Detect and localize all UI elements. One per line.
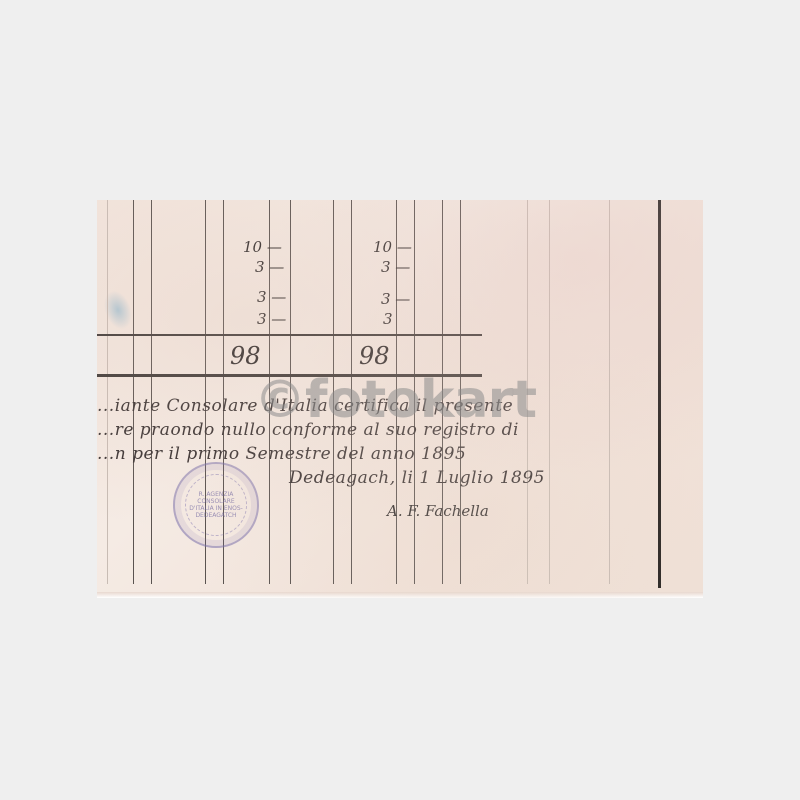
total-c2: 98 [359, 342, 390, 370]
ruling-line [549, 200, 550, 584]
ruling-line [527, 200, 528, 584]
entry-c1-r2: 3 — [255, 258, 284, 276]
entry-c1-r1: 10 — [243, 238, 282, 256]
stamp-text: R. AGENZIA CONSOLARE D'ITALIA IN ENOS-DE… [185, 474, 247, 536]
ruling-line [609, 200, 610, 584]
certification-line-1: ...iante Consolare d'Italia certifica il… [97, 396, 513, 416]
certification-line-3: ...n per il primo Semestre del anno 1895 [97, 444, 466, 464]
ruling-line [133, 200, 134, 584]
border-line [658, 200, 661, 588]
ink-stain [99, 287, 137, 333]
ruling-line [351, 200, 352, 584]
ruling-line [460, 200, 461, 584]
entry-c2-r4: 3 [383, 310, 393, 328]
paper-edge [97, 592, 703, 598]
total-rule [97, 374, 482, 377]
entry-c2-r2: 3 — [381, 258, 410, 276]
total-c1: 98 [230, 342, 261, 370]
subtotal-rule [97, 334, 482, 336]
consular-stamp: R. AGENZIA CONSOLARE D'ITALIA IN ENOS-DE… [173, 462, 259, 548]
document-sheet: 10 — 3 — 3 — 3 — 98 10 — 3 — 3 — 3 98 ..… [97, 200, 703, 598]
place-date: Dedeagach, li 1 Luglio 1895 [289, 468, 545, 488]
ruling-line [414, 200, 415, 584]
certification-line-2: ...re praondo nullo conforme al suo regi… [97, 420, 519, 440]
ruling-line [442, 200, 443, 584]
signature: A. F. Fachella [387, 502, 489, 520]
entry-c2-r3: 3 — [381, 290, 410, 308]
ruling-line [107, 200, 108, 584]
ruling-line [290, 200, 291, 584]
ruling-line [333, 200, 334, 584]
entry-c1-r3: 3 — [257, 288, 286, 306]
ruling-line [151, 200, 152, 584]
entry-c2-r1: 10 — [373, 238, 412, 256]
entry-c1-r4: 3 — [257, 310, 286, 328]
